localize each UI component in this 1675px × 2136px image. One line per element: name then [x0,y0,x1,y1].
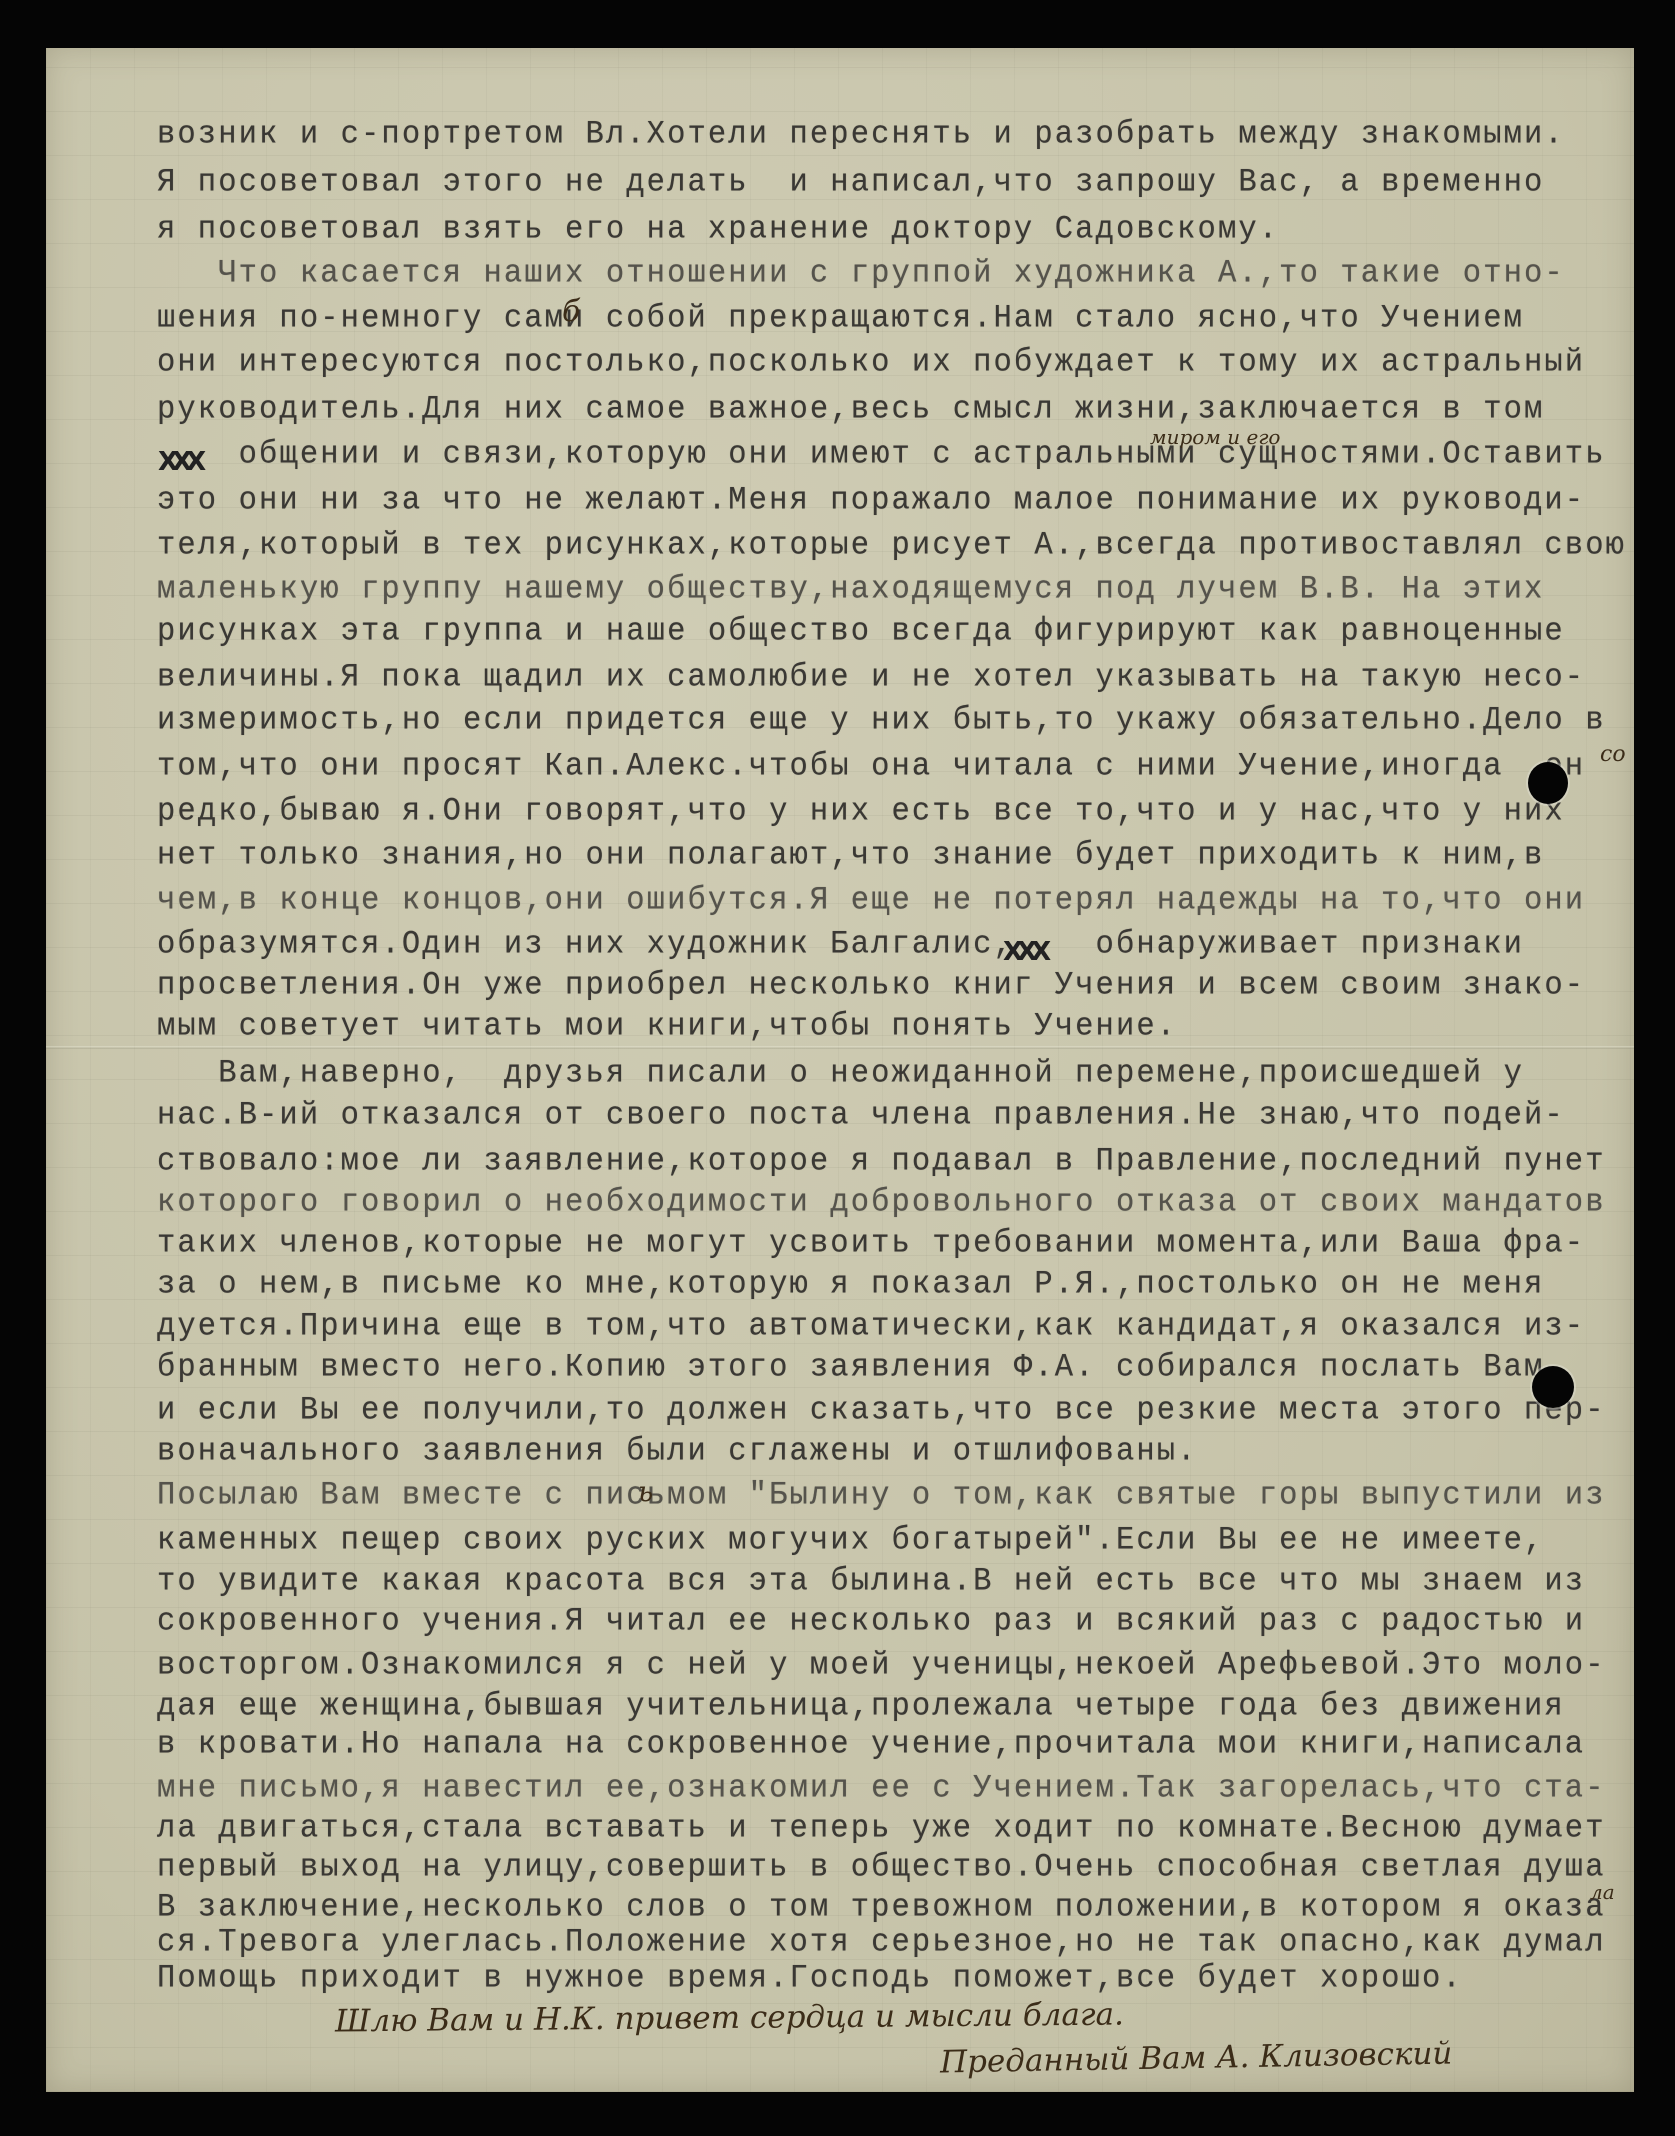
typed-line: редко,бываю я.Они говорят,что у них есть… [157,794,1565,830]
typed-line: возник и с-портретом Вл.Хотели переснять… [157,117,1565,153]
typed-line: теля,который в тех рисунках,которые рису… [157,528,1626,564]
typed-line: дуется.Причина еще в том,что автоматичес… [157,1309,1585,1345]
typed-line: воначального заявления были сглажены и о… [157,1434,1198,1470]
typed-line: ствовало:мое ли заявление,которое я пода… [157,1144,1606,1180]
typed-line: ся.Тревога улеглась.Положение хотя серье… [157,1925,1606,1961]
typed-line: таких членов,которые не могут усвоить тр… [157,1226,1585,1262]
typed-line: Посылаю Вам вместе с письмом "Былину о т… [157,1478,1606,1514]
typed-line: мым советует читать мои книги,чтобы поня… [157,1009,1177,1045]
closing-greeting: Шлю Вам и Н.К. привет сердца и мысли бла… [335,1997,1124,2040]
typed-line: маленькую группу нашему обществу,находящ… [157,572,1544,608]
typed-line: бранным вместо него.Копию этого заявлени… [157,1350,1565,1386]
handwritten-correction: ь [638,1475,653,1508]
typed-line: Что касается наших отношении с группой х… [157,256,1565,292]
typed-line: в кровати.Но напала на сокровенное учени… [157,1727,1585,1763]
strikeout-mark: XXX [158,447,200,477]
typed-line: том,что они просят Кап.Алекс.чтобы она ч… [157,749,1585,785]
handwritten-correction: б [562,294,580,329]
typed-line: величины.Я пока щадил их самолюбие и не … [157,660,1585,696]
typed-line: нет только знания,но они полагают,что зн… [157,838,1544,874]
strikeout-mark: XXX [1003,937,1045,967]
typed-line: В заключение,несколько слов о том тревож… [157,1890,1606,1926]
typed-line: чем,в конце концов,они ошибутся.Я еще не… [157,883,1585,919]
typed-line: которого говорил о необходимости доброво… [157,1185,1606,1221]
typed-line: каменных пещер своих руских могучих бога… [157,1523,1544,1559]
typed-line: сокровенного учения.Я читал ее несколько… [157,1604,1585,1640]
typed-line: образумятся.Один из них художник Балгали… [157,927,1524,963]
typed-line: руководитель.Для них самое важное,весь с… [157,392,1544,428]
handwritten-insert: миром и его [1150,425,1280,449]
typed-line: измеримость,но если придется еще у них б… [157,703,1606,739]
typed-line: нас.В-ий отказался от своего поста члена… [157,1098,1565,1134]
typed-line: за о нем,в письме ко мне,которую я показ… [157,1267,1544,1303]
typed-line: Вам,наверно, друзья писали о неожиданной… [157,1056,1524,1092]
typed-line: рисунках эта группа и наше общество всег… [157,614,1565,650]
typed-line: общении и связи,которую они имеют с астр… [157,437,1606,473]
typed-line: это они ни за что не желают.Меня поражал… [157,483,1585,519]
typed-line: мне письмо,я навестил ее,ознакомил ее с … [157,1771,1606,1807]
typed-line: Помощь приходит в нужное время.Господь п… [157,1961,1463,1997]
typed-line: ла двигаться,стала вставать и теперь уже… [157,1811,1606,1847]
handwritten-margin-note: ла [1590,1880,1615,1904]
typed-line: первый выход на улицу,совершить в общест… [157,1850,1606,1886]
typed-line: восторгом.Ознакомился я с ней у моей уче… [157,1648,1606,1684]
typed-line: я посоветовал взять его на хранение докт… [157,212,1279,248]
typed-line: шения по-немногу сами собой прекращаются… [157,301,1524,337]
typed-line: они интересуются постолько,посколько их … [157,345,1585,381]
punch-hole [1532,1366,1574,1408]
typed-line: и если Вы ее получили,то должен сказать,… [157,1393,1606,1429]
typed-line: то увидите какая красота вся эта былина.… [157,1564,1585,1600]
punch-hole [1528,762,1568,804]
paper-fold-crease [46,1046,1634,1049]
typed-line: Я посоветовал этого не делать и написал,… [157,165,1544,201]
typed-line: дая еще женщина,бывшая учительница,проле… [157,1689,1565,1725]
typed-line: просветления.Он уже приобрел несколько к… [157,968,1585,1004]
handwritten-margin-note: co [1600,742,1626,767]
